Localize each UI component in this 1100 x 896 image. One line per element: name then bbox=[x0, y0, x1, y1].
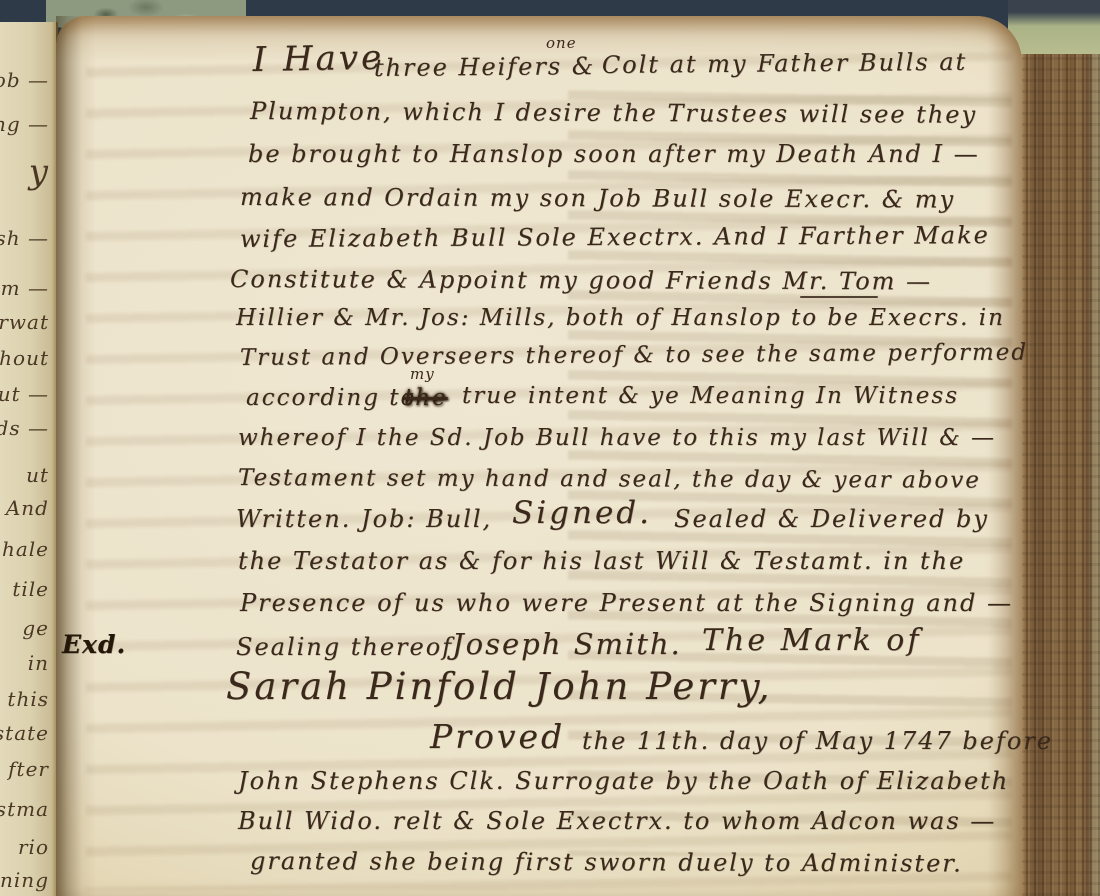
manuscript-line-segment: the 11th. day of May 1747 before bbox=[582, 727, 1053, 755]
underline-stroke bbox=[800, 296, 878, 298]
manuscript-line-segment: three Heifers & bbox=[374, 52, 596, 82]
manuscript-line-segment: Sarah Pinfold John Perry, bbox=[226, 665, 772, 708]
manuscript-line-segment: Written. Job: Bull, bbox=[236, 505, 492, 533]
manuscript-line-segment: according to bbox=[246, 385, 416, 411]
manuscript-line-segment: Trust and Overseers thereof & to see the… bbox=[240, 339, 1028, 371]
manuscript-line-segment: make and Ordain my son Job Bull sole Exe… bbox=[240, 183, 955, 213]
manuscript-line-segment: true intent & ye Meaning In Witness bbox=[462, 383, 959, 409]
manuscript-line-segment: The Mark of bbox=[702, 623, 921, 658]
manuscript-line-segment: Proved bbox=[430, 717, 565, 756]
margin-note-exd: Exd. bbox=[62, 630, 126, 659]
manuscript-line-segment: the Testator as & for his last Will & Te… bbox=[238, 547, 965, 575]
manuscript-line-segment: John Stephens Clk. Surrogate by the Oath… bbox=[238, 767, 1009, 795]
manuscript-photo: Job —ng —yish —lom —rwatithoutut —olds —… bbox=[0, 0, 1100, 896]
manuscript-line-segment: Joseph Smith. bbox=[452, 627, 682, 661]
manuscript-line-segment: Colt at my Father Bulls at bbox=[602, 48, 968, 79]
superscript-insertion: my bbox=[410, 365, 435, 383]
manuscript-line-segment: Signed. bbox=[512, 495, 652, 531]
manuscript-line-segment: I Have bbox=[252, 38, 384, 80]
manuscript-line-segment: Bull Wido. relt & Sole Exectrx. to whom … bbox=[238, 807, 996, 835]
manuscript-line-segment: Sealing thereof bbox=[236, 633, 453, 661]
superscript-insertion: one bbox=[546, 34, 577, 52]
manuscript-line-segment: the bbox=[404, 385, 448, 411]
manuscript-line-segment: Constitute & Appoint my good Friends Mr.… bbox=[230, 265, 932, 295]
text-layer: I Havethree Heifers &Colt at my Father B… bbox=[0, 0, 1100, 896]
manuscript-line-segment: granted she being first sworn duely to A… bbox=[250, 847, 963, 877]
manuscript-line-segment: whereof I the Sd. Job Bull have to this … bbox=[238, 425, 996, 451]
manuscript-line-segment: Testament set my hand and seal, the day … bbox=[238, 465, 981, 494]
manuscript-line-segment: Presence of us who were Present at the S… bbox=[240, 589, 1013, 617]
manuscript-line-segment: be brought to Hanslop soon after my Deat… bbox=[248, 140, 980, 168]
manuscript-line-segment: Sealed & Delivered by bbox=[674, 505, 989, 533]
manuscript-line-segment: wife Elizabeth Bull Sole Exectrx. And I … bbox=[240, 221, 990, 253]
manuscript-line-segment: Plumpton, which I desire the Trustees wi… bbox=[250, 97, 977, 129]
manuscript-line-segment: Hillier & Mr. Jos: Mills, both of Hanslo… bbox=[236, 305, 1005, 331]
